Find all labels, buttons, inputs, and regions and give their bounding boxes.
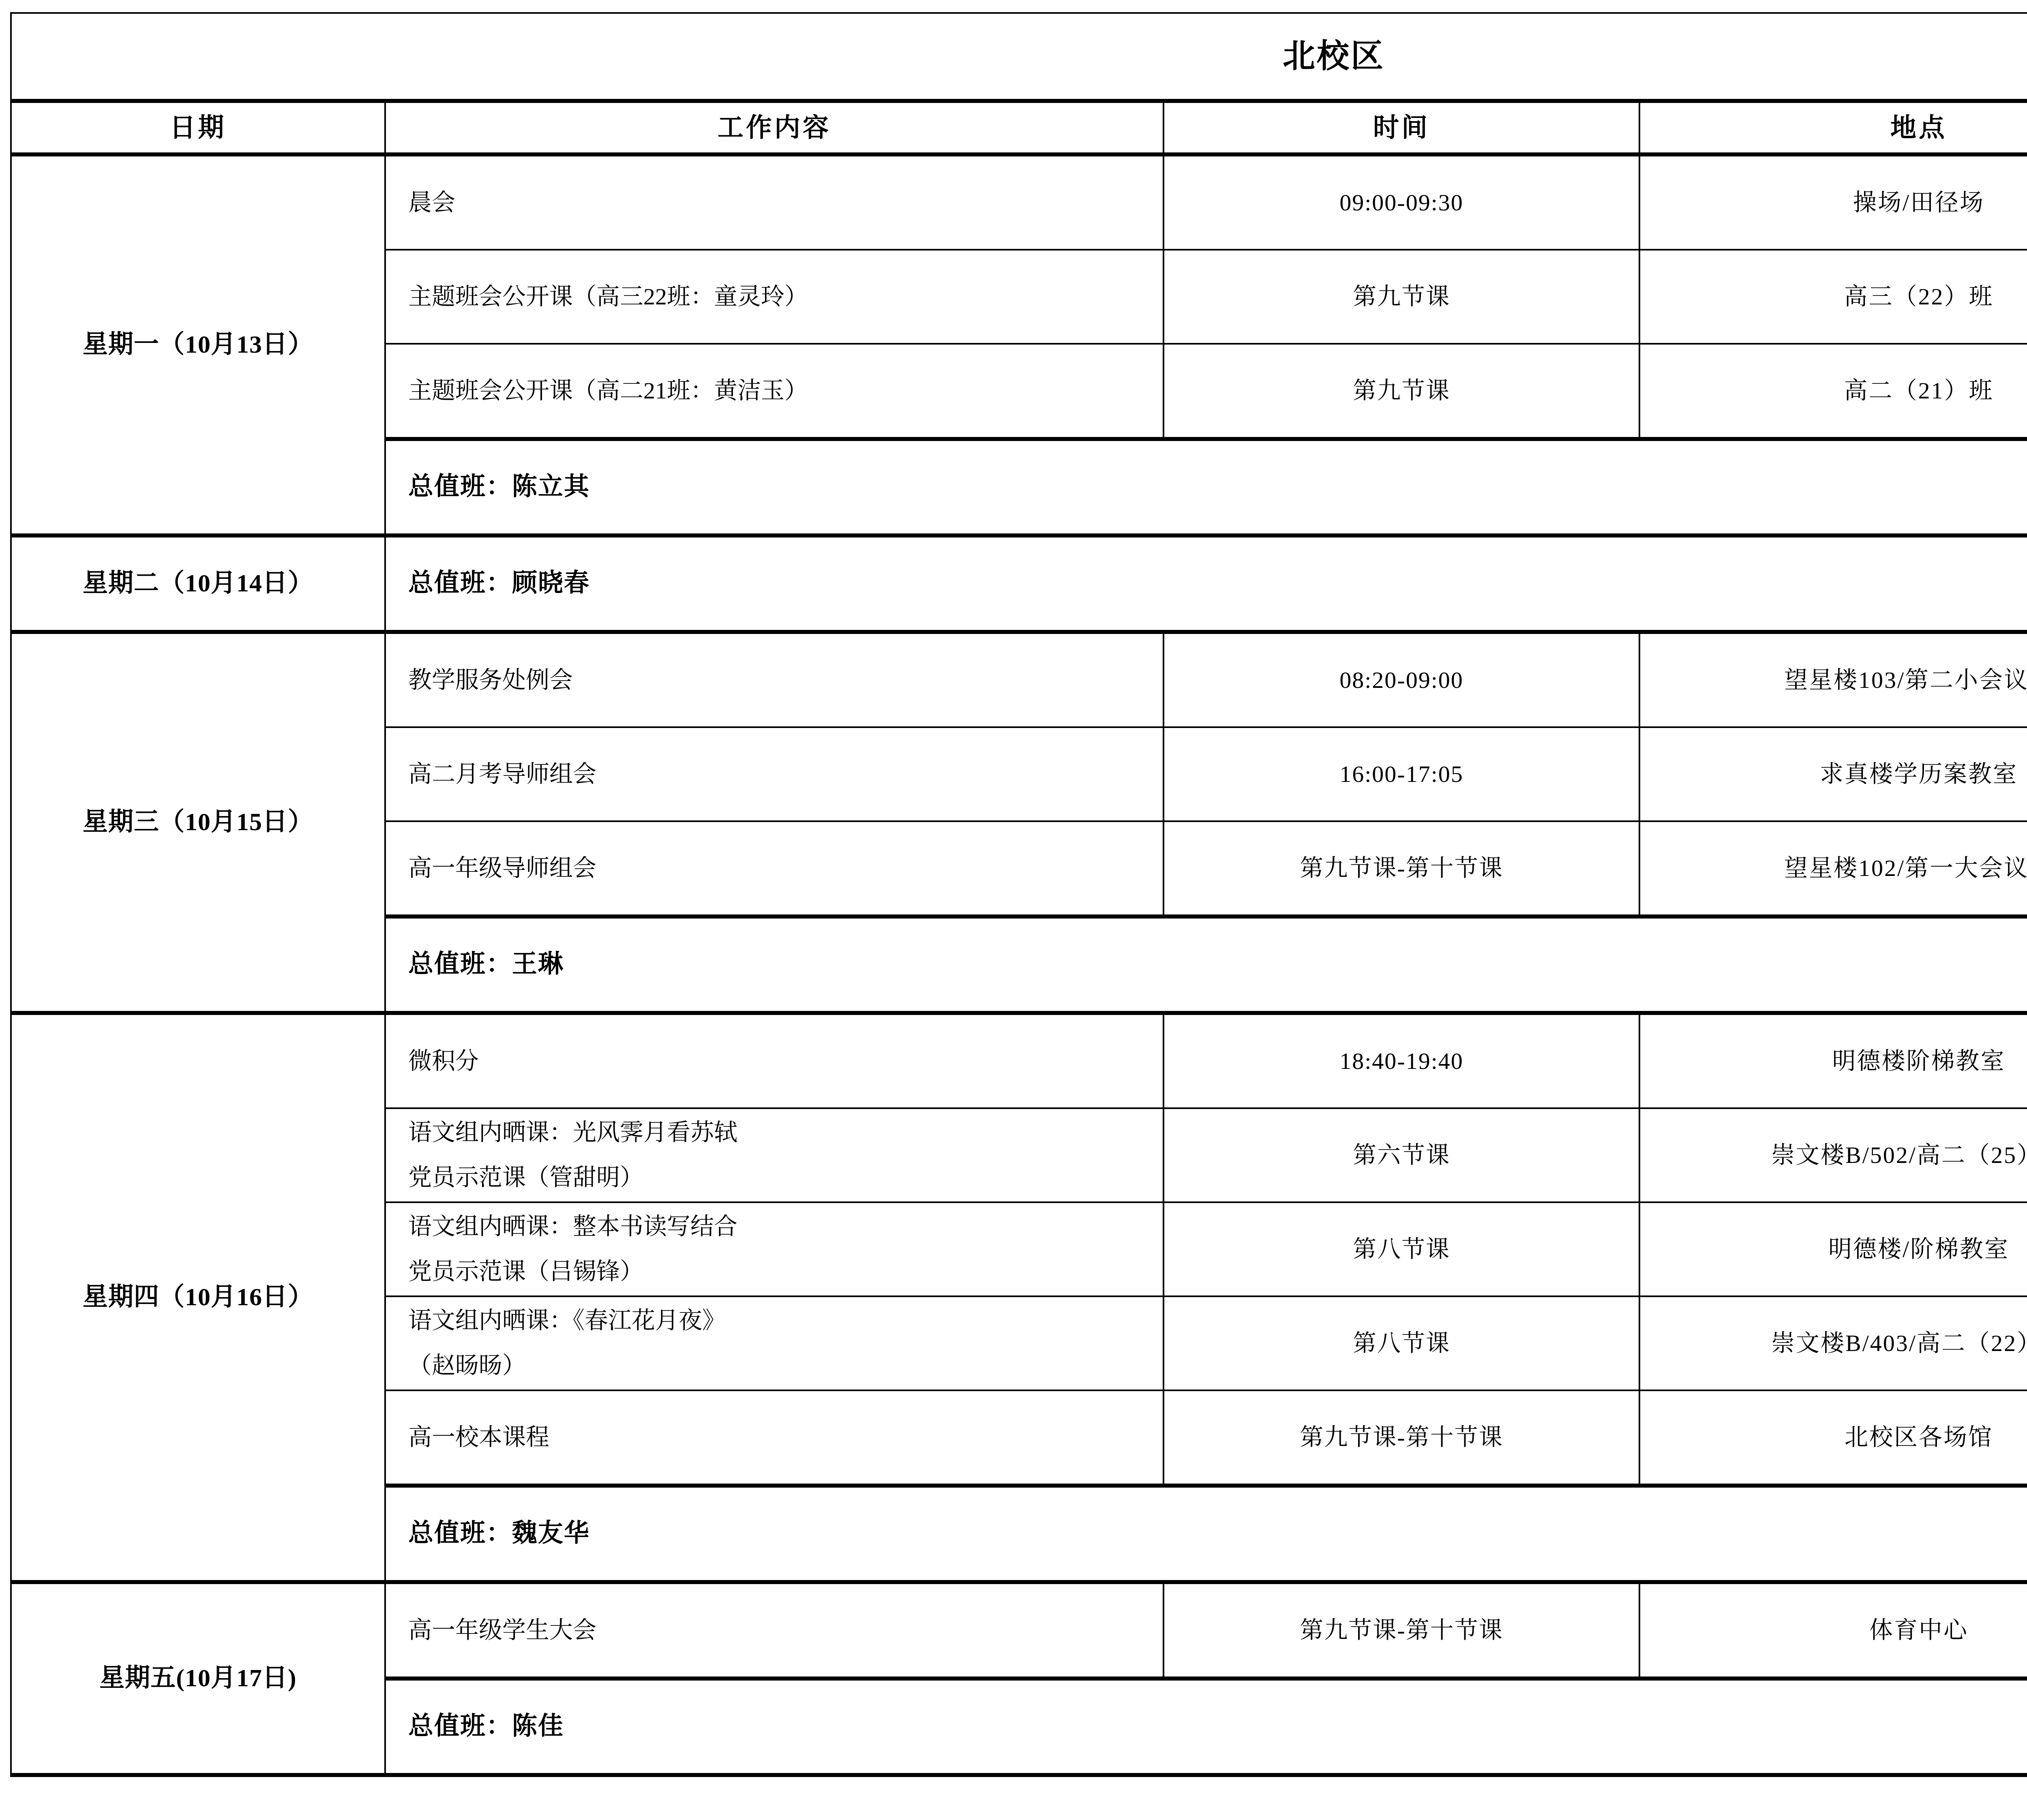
title-row: 北校区 bbox=[11, 13, 2027, 101]
wednesday-row-1: 星期三（10月15日） 教学服务处例会 08:20-09:00 望星楼103/第… bbox=[11, 632, 2027, 727]
activity-content-cell: 教学服务处例会 bbox=[385, 632, 1163, 727]
activity-content-cell: 语文组内晒课：光风霁月看苏轼 党员示范课（管甜明） bbox=[385, 1108, 1163, 1202]
activity-time-cell: 第九节课-第十节课 bbox=[1163, 821, 1639, 916]
column-header-date: 日期 bbox=[11, 101, 385, 154]
activity-time-cell: 09:00-09:30 bbox=[1163, 154, 1639, 250]
date-cell-monday: 星期一（10月13日） bbox=[11, 154, 385, 535]
date-cell-friday: 星期五(10月17日) bbox=[11, 1582, 385, 1775]
monday-row-1: 星期一（10月13日） 晨会 09:00-09:30 操场/田径场 学生发展处 bbox=[11, 154, 2027, 250]
activity-content-cell: 微积分 bbox=[385, 1013, 1163, 1108]
activity-location-cell: 望星楼103/第二小会议室 bbox=[1639, 632, 2027, 727]
activity-location-cell: 明德楼阶梯教室 bbox=[1639, 1013, 2027, 1108]
activity-time-cell: 第九节课-第十节课 bbox=[1163, 1390, 1639, 1486]
activity-content-cell: 高一年级导师组会 bbox=[385, 821, 1163, 916]
activity-time-cell: 第九节课-第十节课 bbox=[1163, 1582, 1639, 1679]
activity-content-cell: 高一年级学生大会 bbox=[385, 1582, 1163, 1679]
date-cell-wednesday: 星期三（10月15日） bbox=[11, 632, 385, 1013]
activity-location-cell: 高三（22）班 bbox=[1639, 250, 2027, 344]
duty-cell-thursday: 总值班：魏友华 bbox=[385, 1486, 2027, 1582]
activity-location-cell: 望星楼102/第一大会议室 bbox=[1639, 821, 2027, 916]
activity-location-cell: 北校区各场馆 bbox=[1639, 1390, 2027, 1486]
activity-location-cell: 明德楼/阶梯教室 bbox=[1639, 1202, 2027, 1296]
duty-cell-tuesday: 总值班：顾晓春 bbox=[385, 535, 2027, 632]
activity-content-cell: 主题班会公开课（高二21班：黄洁玉） bbox=[385, 344, 1163, 439]
activity-content-cell: 语文组内晒课：《春江花月夜》 （赵旸旸） bbox=[385, 1296, 1163, 1390]
activity-content-cell: 高一校本课程 bbox=[385, 1390, 1163, 1486]
thursday-row-1: 星期四（10月16日） 微积分 18:40-19:40 明德楼阶梯教室 教学服务… bbox=[11, 1013, 2027, 1108]
activity-time-cell: 08:20-09:00 bbox=[1163, 632, 1639, 727]
header-row: 日期 工作内容 时间 地点 责任部门 bbox=[11, 101, 2027, 154]
column-header-time: 时间 bbox=[1163, 101, 1639, 154]
activity-time-cell: 第六节课 bbox=[1163, 1108, 1639, 1202]
activity-time-cell: 第八节课 bbox=[1163, 1202, 1639, 1296]
date-cell-tuesday: 星期二（10月14日） bbox=[11, 535, 385, 632]
activity-time-cell: 16:00-17:05 bbox=[1163, 727, 1639, 821]
duty-cell-monday: 总值班：陈立其 bbox=[385, 439, 2027, 535]
activity-time-cell: 18:40-19:40 bbox=[1163, 1013, 1639, 1108]
column-header-location: 地点 bbox=[1639, 101, 2027, 154]
activity-location-cell: 求真楼学历案教室 bbox=[1639, 727, 2027, 821]
tuesday-row: 星期二（10月14日） 总值班：顾晓春 bbox=[11, 535, 2027, 632]
activity-time-cell: 第九节课 bbox=[1163, 344, 1639, 439]
activity-location-cell: 体育中心 bbox=[1639, 1582, 2027, 1679]
activity-location-cell: 崇文楼B/403/高二（22）班 bbox=[1639, 1296, 2027, 1390]
activity-location-cell: 操场/田径场 bbox=[1639, 154, 2027, 250]
activity-content-cell: 语文组内晒课：整本书读写结合 党员示范课（吕锡锋） bbox=[385, 1202, 1163, 1296]
friday-row-1: 星期五(10月17日) 高一年级学生大会 第九节课-第十节课 体育中心 后勤服务… bbox=[11, 1582, 2027, 1679]
column-header-content: 工作内容 bbox=[385, 101, 1163, 154]
activity-location-cell: 崇文楼B/502/高二（25）班 bbox=[1639, 1108, 2027, 1202]
activity-location-cell: 高二（21）班 bbox=[1639, 344, 2027, 439]
activity-content-cell: 晨会 bbox=[385, 154, 1163, 250]
activity-content-cell: 主题班会公开课（高三22班：童灵玲） bbox=[385, 250, 1163, 344]
date-cell-thursday: 星期四（10月16日） bbox=[11, 1013, 385, 1582]
campus-title: 北校区 bbox=[11, 13, 2027, 101]
weekly-schedule-table: 北校区 日期 工作内容 时间 地点 责任部门 星期一（10月13日） 晨会 09… bbox=[10, 12, 2027, 1777]
duty-cell-wednesday: 总值班：王琳 bbox=[385, 916, 2027, 1013]
schedule-sheet: 北校区 日期 工作内容 时间 地点 责任部门 星期一（10月13日） 晨会 09… bbox=[0, 0, 2027, 1777]
activity-time-cell: 第九节课 bbox=[1163, 250, 1639, 344]
activity-content-cell: 高二月考导师组会 bbox=[385, 727, 1163, 821]
activity-time-cell: 第八节课 bbox=[1163, 1296, 1639, 1390]
duty-cell-friday: 总值班：陈佳 bbox=[385, 1679, 2027, 1775]
